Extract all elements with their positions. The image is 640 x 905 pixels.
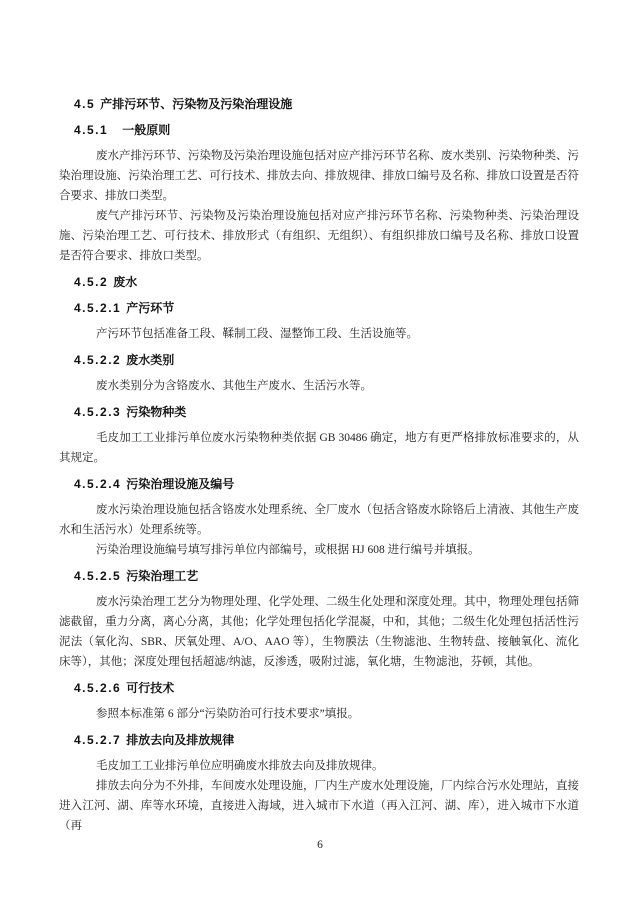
section-heading-4.5.2.2: 4.5.2.2废水类别 (59, 350, 579, 370)
section-number: 4.5 (74, 97, 95, 111)
section-heading-4.5.2.6: 4.5.2.6可行技术 (59, 678, 579, 698)
section-heading-4.5.2.7: 4.5.2.7排放去向及排放规律 (59, 730, 579, 750)
section-heading-4.5.1: 4.5.1一般原则 (59, 120, 579, 140)
section-number: 4.5.2 (74, 275, 108, 289)
paragraph: 污染治理设施编号填写排污单位内部编号，或根据 HJ 608 进行编号并填报。 (59, 540, 579, 560)
paragraph: 参照本标准第 6 部分“污染防治可行技术要求”填报。 (59, 704, 579, 724)
paragraph: 毛皮加工工业排污单位废水污染物种类依据 GB 30486 确定，地方有更严格排放… (59, 428, 579, 468)
section-heading-4.5: 4.5产排污环节、污染物及污染治理设施 (59, 94, 579, 114)
document-page: 4.5产排污环节、污染物及污染治理设施4.5.1一般原则废水产排污环节、污染物及… (0, 0, 640, 905)
section-title: 产污环节 (126, 301, 174, 315)
section-title: 污染物种类 (126, 405, 186, 419)
paragraph: 废水污染治理工艺分为物理处理、化学处理、二级生化处理和深度处理。其中，物理处理包… (59, 592, 579, 672)
section-number: 4.5.2.3 (74, 405, 121, 419)
section-title: 可行技术 (126, 681, 174, 695)
section-number: 4.5.2.4 (74, 477, 121, 491)
paragraph: 排放去向分为不外排，车间废水处理设施，厂内生产废水处理设施，厂内综合污水处理站，… (59, 776, 579, 836)
section-number: 4.5.2.6 (74, 681, 121, 695)
section-heading-4.5.2.1: 4.5.2.1产污环节 (59, 298, 579, 318)
paragraph: 废水污染治理设施包括含铬废水处理系统、全厂废水（包括含铬废水除铬后上清液、其他生… (59, 500, 579, 540)
section-number: 4.5.2.1 (74, 301, 121, 315)
paragraph: 废水类别分为含铬废水、其他生产废水、生活污水等。 (59, 376, 579, 396)
section-title: 一般原则 (122, 123, 170, 137)
section-heading-4.5.2.4: 4.5.2.4污染治理设施及编号 (59, 474, 579, 494)
section-title: 污染治理设施及编号 (126, 477, 234, 491)
document-content: 4.5产排污环节、污染物及污染治理设施4.5.1一般原则废水产排污环节、污染物及… (59, 94, 579, 836)
section-number: 4.5.2.7 (74, 733, 121, 747)
section-heading-4.5.2.3: 4.5.2.3污染物种类 (59, 402, 579, 422)
section-number: 4.5.2.2 (74, 353, 121, 367)
section-title: 废水类别 (126, 353, 174, 367)
page-number: 6 (0, 838, 640, 852)
section-heading-4.5.2: 4.5.2废水 (59, 272, 579, 292)
section-heading-4.5.2.5: 4.5.2.5污染治理工艺 (59, 566, 579, 586)
section-title: 产排污环节、污染物及污染治理设施 (100, 97, 292, 111)
paragraph: 产污环节包括准备工段、鞣制工段、湿整饰工段、生活设施等。 (59, 324, 579, 344)
section-title: 污染治理工艺 (126, 569, 198, 583)
section-number: 4.5.2.5 (74, 569, 121, 583)
paragraph: 废水产排污环节、污染物及污染治理设施包括对应产排污环节名称、废水类别、污染物种类… (59, 146, 579, 206)
section-title: 废水 (113, 275, 137, 289)
paragraph: 毛皮加工工业排污单位应明确废水排放去向及排放规律。 (59, 756, 579, 776)
section-title: 排放去向及排放规律 (126, 733, 234, 747)
paragraph: 废气产排污环节、污染物及污染治理设施包括对应产排污环节名称、污染物种类、污染治理… (59, 206, 579, 266)
section-number: 4.5.1 (74, 123, 108, 137)
